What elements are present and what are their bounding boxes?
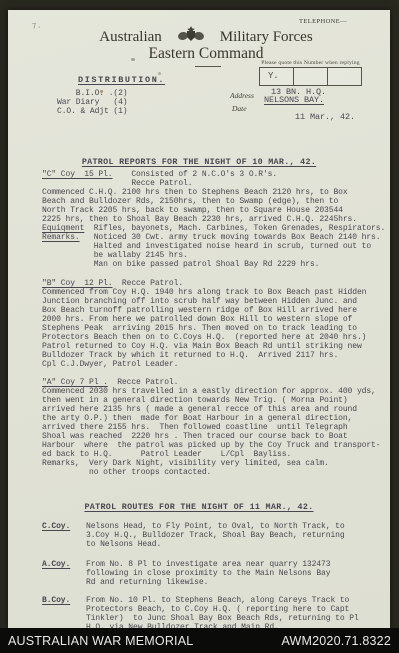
typed-line: Box Beach turnoff patrolling western rid…	[42, 306, 386, 315]
letterhead-title-left: Australian	[99, 29, 161, 46]
reference-number-cell	[328, 68, 361, 85]
reference-number-caption: Please quote this Number when replying	[259, 60, 362, 66]
reference-number-box: Please quote this Number when replying Y…	[259, 60, 362, 86]
awm-footer: AUSTRALIAN WAR MEMORIAL AWM2020.71.8322	[0, 628, 399, 653]
telephone-label: TELEPHONE—	[299, 18, 347, 25]
typed-line: Patrol returned to Coy H.Q. via Main Box…	[42, 342, 386, 351]
typed-line: Harbour where the patrol was picked up b…	[42, 441, 386, 450]
typed-line: then went in a general direction towards…	[42, 396, 386, 405]
reference-number-cell	[294, 68, 328, 85]
typed-line: Bulldozer Track by which it returned to …	[42, 351, 386, 360]
distribution-list: B.I.O. .(2)War Diary (4)C.O. & Adjt (1)	[57, 89, 128, 116]
route-label: C.Coy.	[42, 522, 86, 549]
typed-line: Protectors Beach then on to C.Coys H.Q. …	[42, 333, 386, 342]
typed-line: Remarks, Very Dark Night, visibility ver…	[42, 459, 386, 468]
typed-line: Halted and investigated noise heard in s…	[42, 242, 386, 251]
reference-number-cells: Y.	[259, 67, 362, 86]
typed-line: "C" Coy 15 Pl. Consisted of 2 N.C.O's 3 …	[42, 170, 386, 179]
typed-line: 3.Coy H.Q., Bulldozer Track, Shoal Bay B…	[86, 531, 382, 540]
typed-line: Rd and returning likewise.	[86, 578, 382, 587]
typed-line: 2225 hrs, then to Shoal Bay Beach 2230 h…	[42, 215, 386, 224]
typed-line: "A" Coy 7 Pl . Recce Patrol.	[42, 378, 386, 387]
patrol-report-section-b-coy: "B" Coy 12 Pl. Recce Patrol.Commenced fr…	[42, 279, 386, 369]
typed-line: Commenced 2030 hrs travelled in a eastly…	[42, 387, 386, 396]
awm-footer-left: AUSTRALIAN WAR MEMORIAL	[8, 634, 193, 648]
typed-line: North Track 2205 hrs, back to swamp, the…	[42, 206, 386, 215]
patrol-report-section-c-coy: "C" Coy 15 Pl. Consisted of 2 N.C.O's 3 …	[42, 170, 386, 269]
typed-line: B.I.O. .(2)	[57, 89, 128, 98]
typed-line: to Nelsons Head.	[86, 540, 382, 549]
address-line-2: NELSONS BAY.	[264, 96, 324, 105]
typed-line: following in close proximity to the Main…	[86, 569, 382, 578]
scan-frame: 7. TELEPHONE— Australian Military Forces…	[0, 0, 399, 653]
typed-line: War Diary (4)	[57, 98, 128, 107]
typed-line: Cpl C.J.Dwyer, Patrol Leader.	[42, 360, 386, 369]
distribution-heading: DISTRIBUTION.	[78, 76, 165, 85]
report-title: PATROL REPORTS FOR THE NIGHT OF 10 MAR.,…	[8, 151, 390, 169]
typed-line: Protectors Beach, to C.Coy H.Q. ( report…	[86, 605, 382, 614]
reference-number-value: Y.	[268, 72, 279, 81]
route-lines: From No. 10 Pl. to Stephens Beach, along…	[86, 596, 382, 632]
awm-footer-right: AWM2020.71.8322	[281, 634, 391, 648]
typed-line: no other troops contacted.	[42, 468, 386, 477]
address-label: Address	[230, 91, 254, 100]
typed-line: From No. 8 Pl to investigate area near q…	[86, 560, 382, 569]
typed-line: Commenced from Coy H.Q. 1940 hrs along t…	[42, 288, 386, 297]
route-entry-c-coy: C.Coy.Nelsons Head, to Fly Point, to Ova…	[42, 522, 382, 549]
route-lines: From No. 8 Pl to investigate area near q…	[86, 560, 382, 587]
typed-line: the arty O.P.) then made for Boat Harbou…	[42, 414, 386, 423]
typed-line: Beach and Bulldozer Rds, 2150hrs, then t…	[42, 197, 386, 206]
typed-line: 2000 hrs. From here we patrolled down Bo…	[42, 315, 386, 324]
typed-line: Nelsons Head, to Fly Point, to Oval, to …	[86, 522, 382, 531]
subtitle-rule	[195, 66, 221, 67]
route-label: B.Coy.	[42, 596, 86, 632]
route-entry-b-coy: B.Coy.From No. 10 Pl. to Stephens Beach,…	[42, 596, 382, 632]
typed-line: be wallaby 2145 hrs.	[42, 251, 386, 260]
typed-line: arrived here 2135 hrs ( made a general r…	[42, 405, 386, 414]
routes-title: PATROL ROUTES FOR THE NIGHT OF 11 MAR., …	[8, 496, 390, 514]
typed-line: Commenced C.H.Q. 2100 hrs then to Stephe…	[42, 188, 386, 197]
patrol-report-section-a-coy: "A" Coy 7 Pl . Recce Patrol.Commenced 20…	[42, 378, 386, 477]
typed-line: Junction branching off into scrub half w…	[42, 297, 386, 306]
typed-line: From No. 10 Pl. to Stephens Beach, along…	[86, 596, 382, 605]
typed-line: Man on bike passed patrol Shoal Bay Rd 2…	[42, 260, 386, 269]
typed-line: Tinkler) to Junc Shoal Bay Box Beach Rds…	[86, 614, 382, 623]
document-page: 7. TELEPHONE— Australian Military Forces…	[8, 10, 390, 628]
typed-line: Stephens Peak arriving 2015 hrs. Then mo…	[42, 324, 386, 333]
typed-line: "B" Coy 12 Pl. Recce Patrol.	[42, 279, 386, 288]
date-value: 11 Mar., 42.	[295, 113, 355, 122]
typed-line: ed back to H.Q. Patrol Leader L/Cpl Bayl…	[42, 450, 386, 459]
route-label: A.Coy.	[42, 560, 86, 587]
typed-line: Shoal was reached 2220 hrs . Then traced…	[42, 432, 386, 441]
typed-line: Remarks. Noticed 30 Cwt. army truck movi…	[42, 233, 386, 242]
typed-line: arrived there 2155 hrs. Then followed co…	[42, 423, 386, 432]
typed-line: C.O. & Adjt (1)	[57, 107, 128, 116]
route-entry-a-coy: A.Coy.From No. 8 Pl to investigate area …	[42, 560, 382, 587]
typed-line: Recce Patrol.	[42, 179, 386, 188]
route-lines: Nelsons Head, to Fly Point, to Oval, to …	[86, 522, 382, 549]
date-label: Date	[232, 104, 247, 113]
letterhead-title-right: Military Forces	[220, 29, 313, 46]
typed-line: Equiqment Rifles, bayonets, Mach. Carbin…	[42, 224, 386, 233]
reference-number-cell: Y.	[260, 68, 294, 85]
